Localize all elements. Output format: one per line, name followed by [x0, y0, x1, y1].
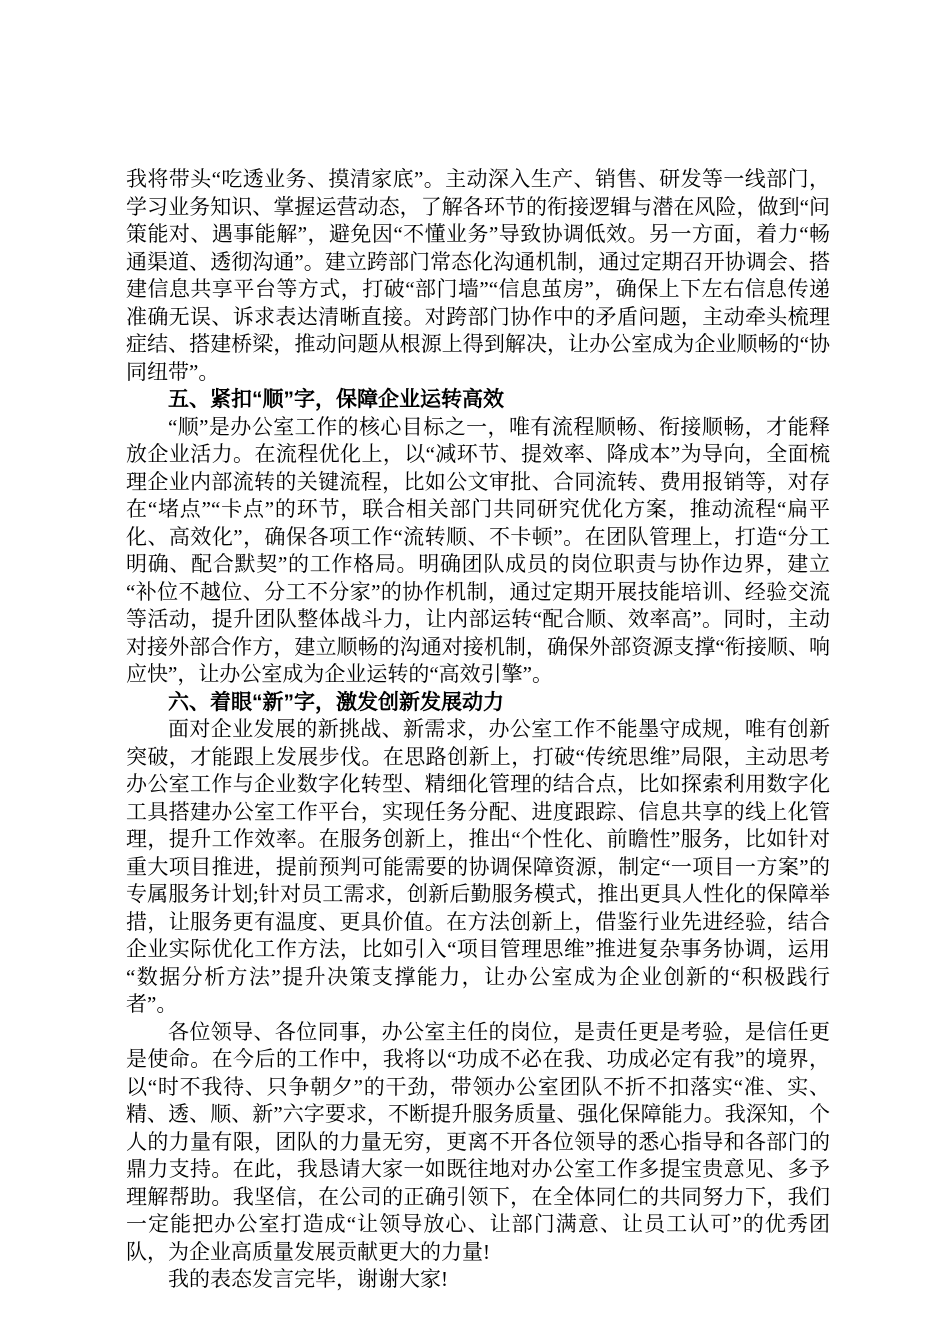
document-page: { "colors": { "page_background": "#fffff… [0, 0, 950, 1344]
paragraph-section-five: “顺”是办公室工作的核心目标之一，唯有流程顺畅、衔接顺畅，才能释放企业活力。在流… [126, 414, 830, 689]
document-body: 我将带头“吃透业务、摸清家底”。主动深入生产、销售、研发等一线部门，学习业务知识… [126, 166, 830, 1294]
section-heading-five: 五、紧扣“顺”字，保障企业运转高效 [126, 386, 830, 414]
paragraph-continuation: 我将带头“吃透业务、摸清家底”。主动深入生产、销售、研发等一线部门，学习业务知识… [126, 166, 830, 386]
paragraph-closing-thanks: 我的表态发言完毕，谢谢大家! [126, 1266, 830, 1294]
paragraph-closing-pledge: 各位领导、各位同事，办公室主任的岗位，是责任更是考验，是信任更是使命。在今后的工… [126, 1019, 830, 1267]
section-heading-six: 六、着眼“新”字，激发创新发展动力 [126, 689, 830, 717]
paragraph-section-six: 面对企业发展的新挑战、新需求，办公室工作不能墨守成规，唯有创新突破，才能跟上发展… [126, 716, 830, 1019]
